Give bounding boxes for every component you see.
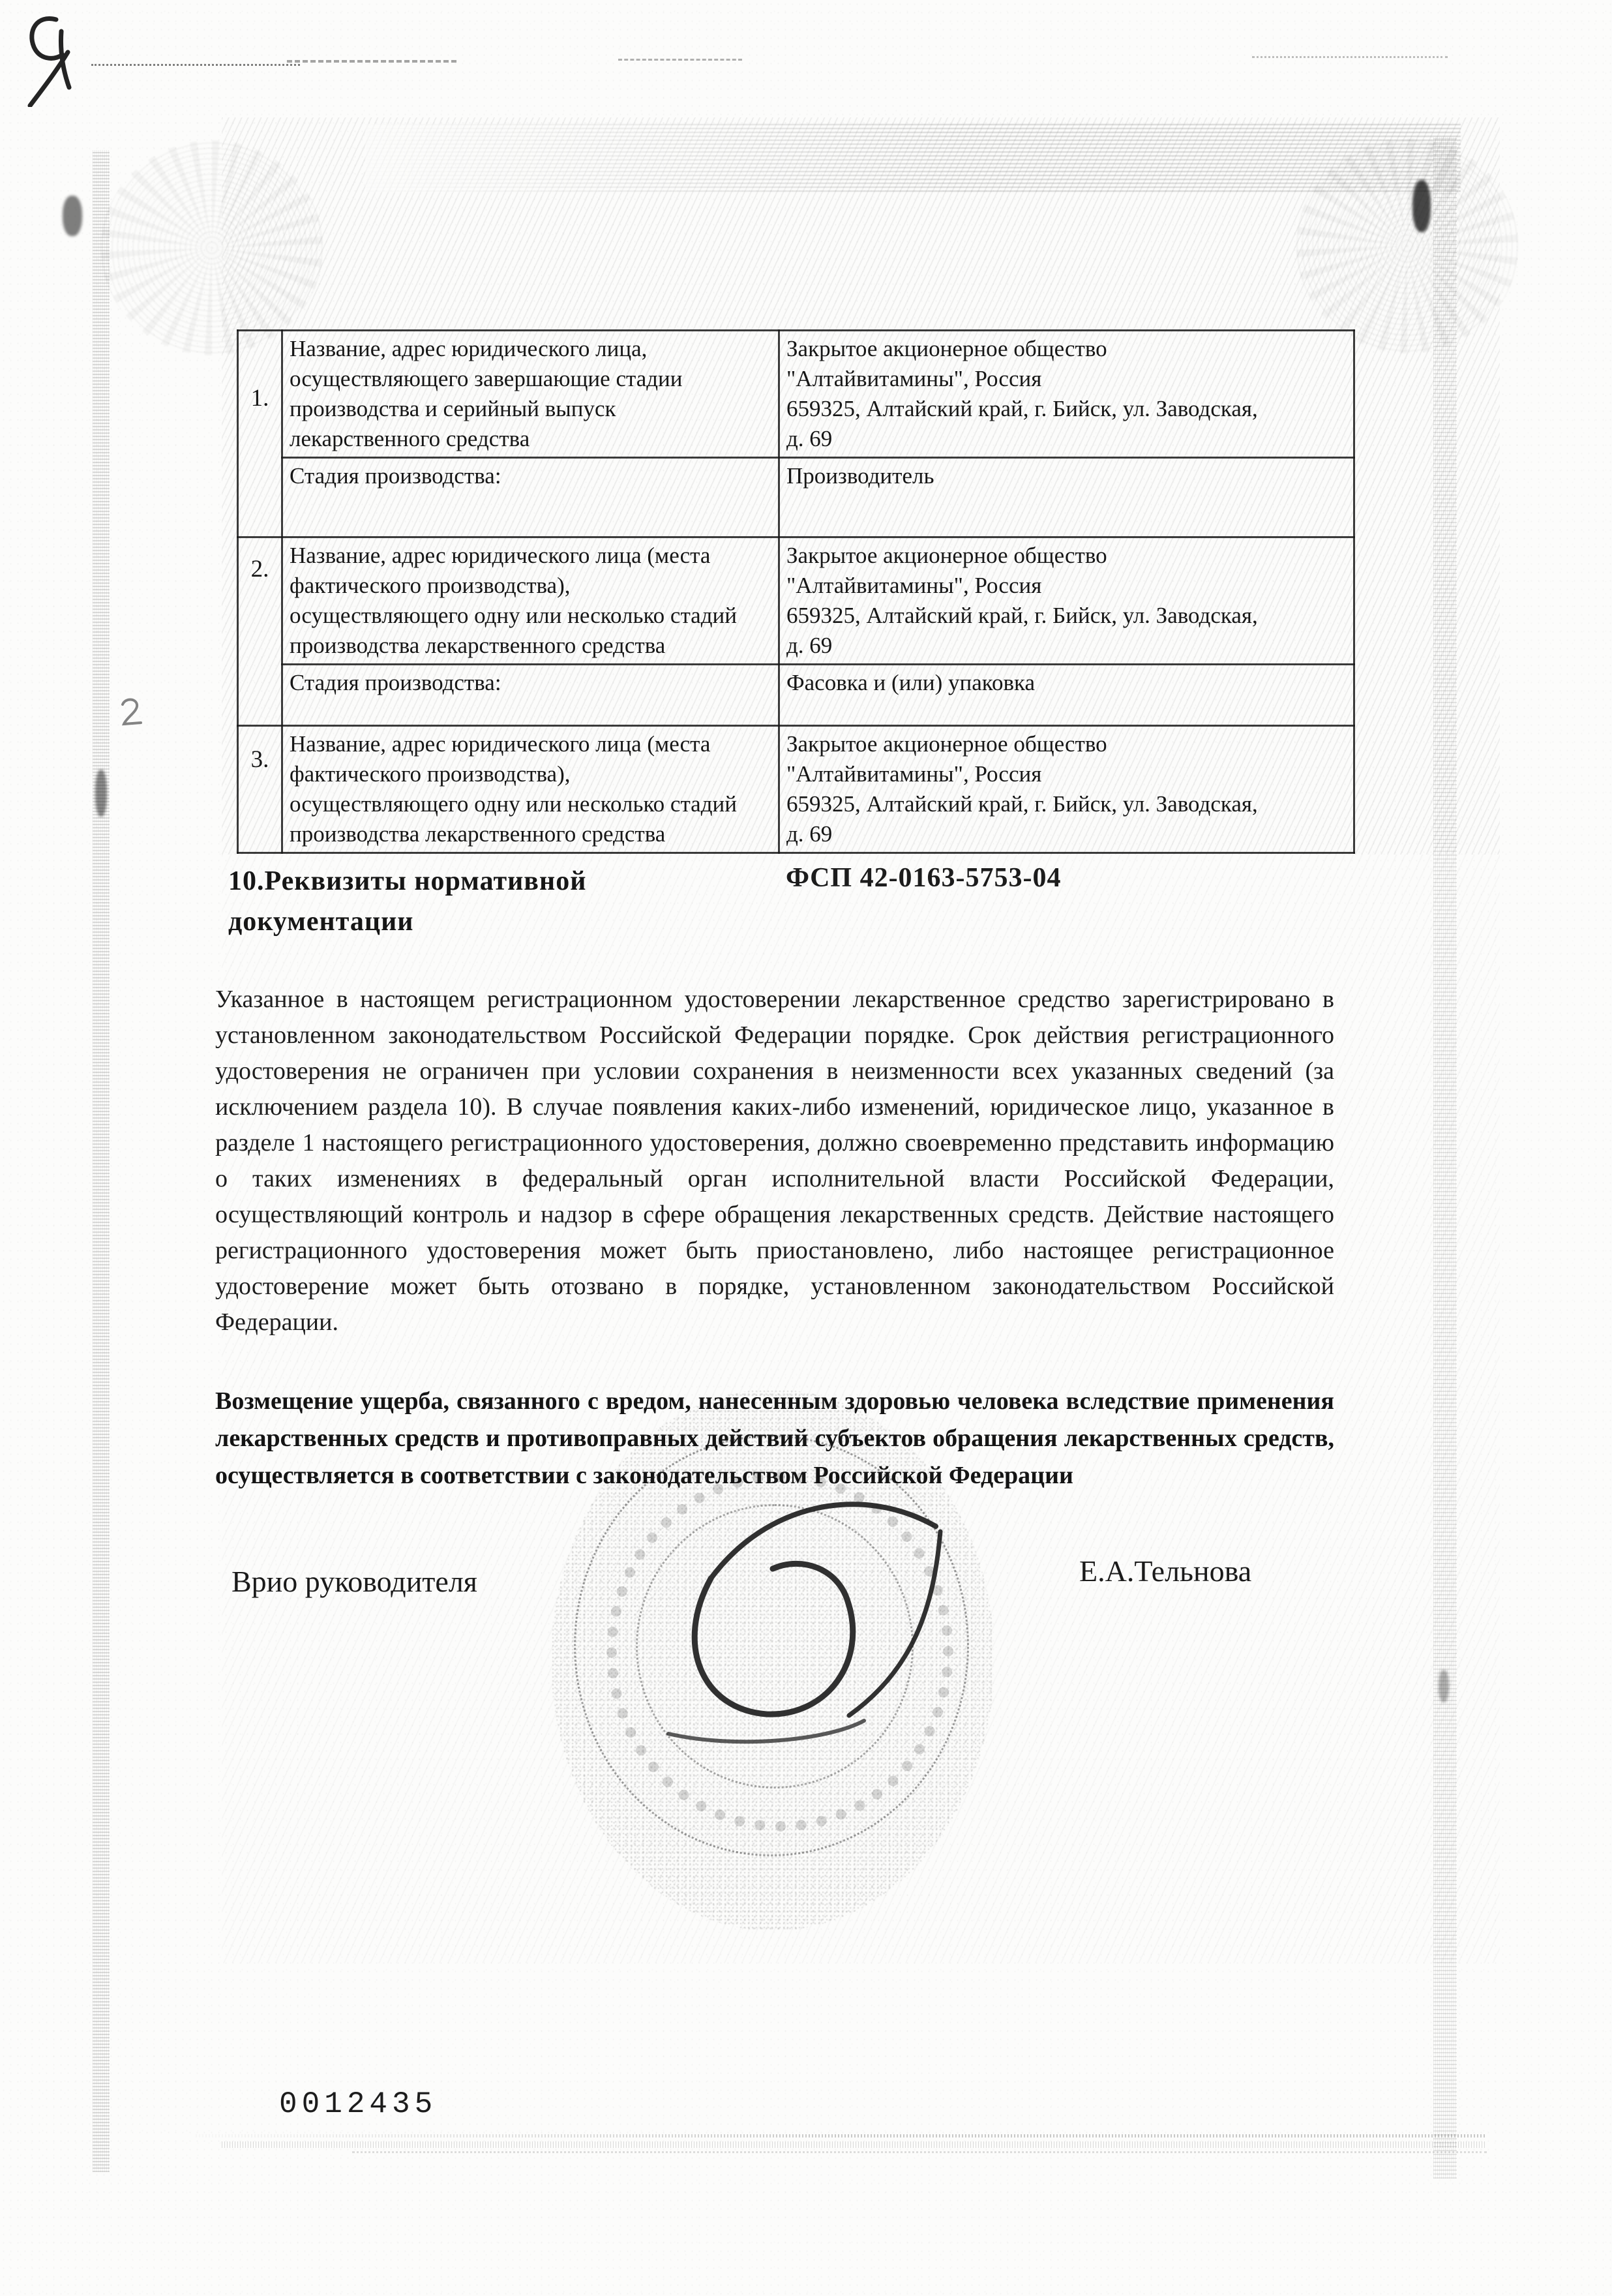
- field-label: Название, адрес юридического лица (места…: [282, 537, 779, 665]
- guilloche-rosette-right: [1296, 138, 1518, 354]
- field-value: Закрытое акционерное общество "Алтайвита…: [779, 331, 1354, 458]
- page-frame-left: [93, 150, 110, 2172]
- field-value: Закрытое акционерное общество "Алтайвита…: [779, 726, 1354, 853]
- scan-dash-artifact: [1252, 56, 1448, 58]
- field-label: Стадия производства:: [282, 458, 779, 537]
- table-row: Стадия производства: Производитель: [238, 458, 1354, 537]
- field-value: Фасовка и (или) упаковка: [779, 665, 1354, 726]
- guilloche-rosette-left: [101, 140, 323, 355]
- scan-noise-band-top: [365, 124, 1461, 192]
- ink-artifact: [63, 196, 82, 236]
- table-row: Стадия производства: Фасовка и (или) упа…: [238, 665, 1354, 726]
- scan-noise-band-bottom: [352, 2151, 1487, 2153]
- handwritten-mark-2: [119, 695, 145, 729]
- scanned-certificate-page: 1. Название, адрес юридического лица, ос…: [0, 0, 1612, 2296]
- scan-dash-artifact: [618, 59, 742, 61]
- field-value: Закрытое акционерное общество "Алтайвита…: [779, 537, 1354, 665]
- scan-dash-artifact: [91, 64, 300, 66]
- field-label: Название, адрес юридического лица, осуще…: [282, 331, 779, 458]
- serial-number: 0012435: [279, 2087, 437, 2121]
- scan-noise-band-bottom: [222, 2141, 1487, 2148]
- legal-paragraph: Указанное в настоящем регистрационном уд…: [215, 982, 1334, 1340]
- ink-artifact: [1439, 1670, 1449, 1702]
- row-number: 2.: [238, 537, 282, 726]
- page-frame-right: [1433, 137, 1457, 2179]
- ink-artifact: [1412, 180, 1431, 232]
- field-label: Название, адрес юридического лица (места…: [282, 726, 779, 853]
- handwritten-mark: [5, 9, 90, 107]
- signer-name: Е.А.Тельнова: [1079, 1554, 1251, 1588]
- table-row: 1. Название, адрес юридического лица, ос…: [238, 331, 1354, 458]
- field-label: Стадия производства:: [282, 665, 779, 726]
- row-number: 1.: [238, 331, 282, 537]
- ink-artifact: [95, 770, 107, 817]
- section-10-heading: 10.Реквизиты нормативной документации: [228, 861, 724, 942]
- row-number: 3.: [238, 726, 282, 853]
- signer-role-label: Врио руководителя: [231, 1564, 477, 1599]
- manufacturer-table: 1. Название, адрес юридического лица, ос…: [237, 329, 1355, 854]
- scan-dash-artifact: [287, 60, 456, 63]
- handwritten-signature: [639, 1481, 1004, 1755]
- table-row: 2. Название, адрес юридического лица (ме…: [238, 537, 1354, 665]
- field-value: Производитель: [779, 458, 1354, 537]
- scan-noise-band-bottom: [196, 2134, 1487, 2137]
- table-row: 3. Название, адрес юридического лица (ме…: [238, 726, 1354, 853]
- normative-doc-code: ФСП 42-0163-5753-04: [786, 862, 1062, 894]
